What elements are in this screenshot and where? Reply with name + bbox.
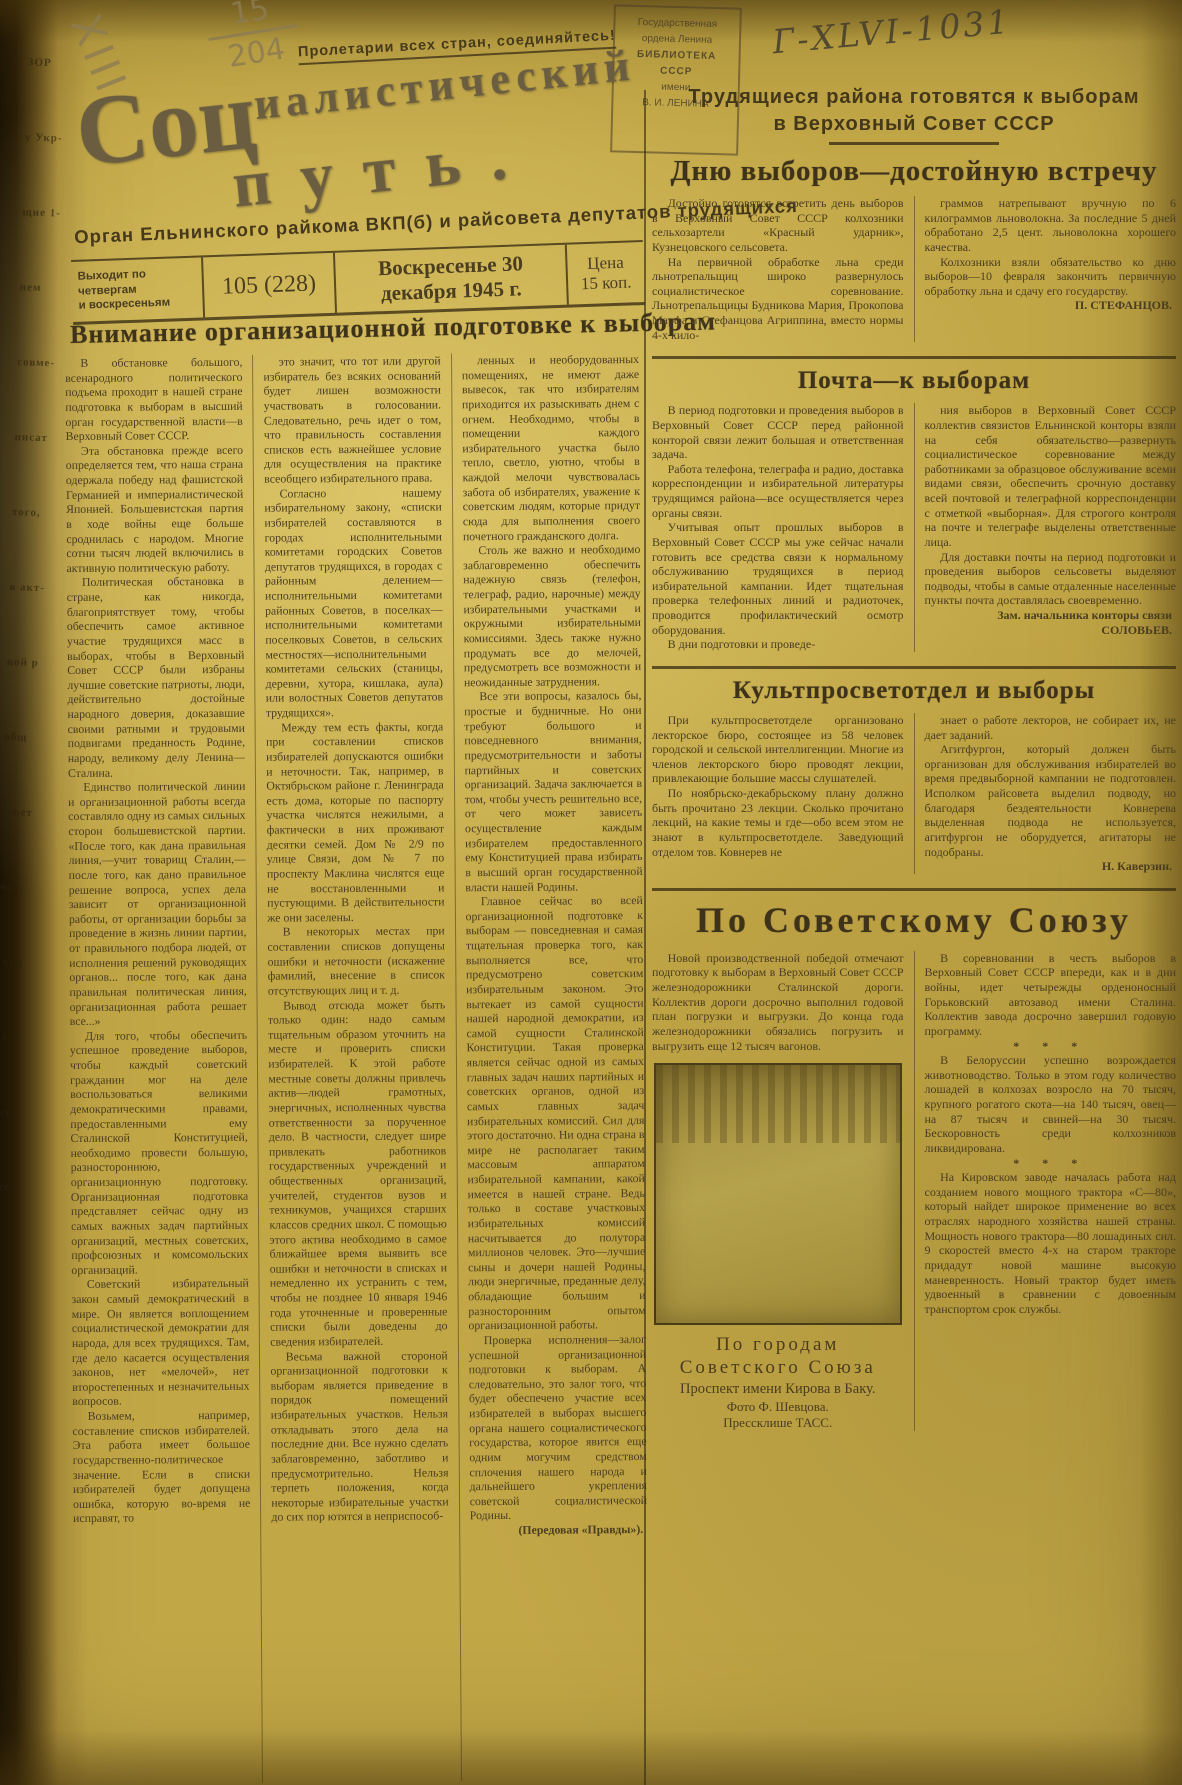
banner-underline: [829, 142, 999, 145]
price: Цена 15 коп.: [565, 242, 645, 305]
article-title: По Советскому Союзу: [652, 899, 1176, 941]
article-columns: При культпросветотделе организовано лект…: [652, 713, 1176, 874]
article-column-1: При культпросветотделе организовано лект…: [652, 713, 904, 874]
schedule-line: и воскресеньям: [78, 295, 196, 314]
photo-buildings-texture: [656, 1065, 900, 1143]
caption-line: Фото Ф. Шевцова.: [652, 1399, 904, 1415]
price-value: 15 коп.: [574, 272, 639, 295]
photo-baku: [654, 1063, 902, 1325]
lead-article: В обстановке большого, всенародного поли…: [65, 352, 649, 1784]
banner-line: в Верховный Совет СССР: [652, 111, 1176, 138]
section-banner: Трудящиеся района готовятся к выборам в …: [652, 84, 1176, 145]
article-po-soyuzu: По Советскому Союзу Новой производственн…: [652, 888, 1176, 1431]
banner-line: Трудящиеся района готовятся к выборам: [652, 84, 1176, 111]
article-title: Почта—к выборам: [652, 367, 1176, 395]
article-column-1: В период подготовки и проведения выборов…: [652, 403, 904, 652]
issue-number: 105 (228): [201, 253, 335, 318]
caption-line: Советского Союза: [652, 1356, 904, 1379]
catalog-number-handwritten: Г-XLVI-1031: [771, 2, 1013, 62]
caption-line: Прессклише ТАСС.: [652, 1415, 904, 1431]
article-column-2: знает о работе лекторов, не собирает их,…: [914, 713, 1177, 874]
lead-column-3: ленных и необорудованных помещениях, не …: [451, 352, 649, 1781]
caption-line: Проспект имени Кирова в Баку.: [652, 1381, 904, 1399]
article-columns: Достойно готовятся встретить день выборо…: [652, 196, 1176, 342]
article-column-2: граммов натрепывают вручную по 6 килогра…: [914, 196, 1177, 342]
article-kultprosvet: Культпросветотдел и выборы При культпрос…: [652, 666, 1176, 874]
article-pochta: Почта—к выборам В период подготовки и пр…: [652, 356, 1176, 652]
article-title: Культпросветотдел и выборы: [652, 677, 1176, 705]
lead-column-2: это значит, что тот или другой избирател…: [252, 353, 450, 1782]
article-title: Дню выборов—достойную встречу: [652, 155, 1176, 188]
article-column-1: Новой производственной победой отмечают …: [652, 951, 904, 1431]
caption-line: По городам: [652, 1333, 904, 1356]
price-label: Цена: [573, 252, 638, 275]
publication-schedule: Выходит по четвергам и воскресеньям: [71, 257, 203, 322]
article-column-1: Достойно готовятся встретить день выборо…: [652, 196, 904, 342]
article-columns: Новой производственной победой отмечают …: [652, 951, 1176, 1431]
lead-column-1: В обстановке большого, всенародного поли…: [65, 355, 252, 1784]
issue-date: Воскресенье 30 декабря 1945 г.: [333, 245, 567, 313]
right-page-section: Трудящиеся района готовятся к выборам в …: [652, 58, 1176, 1785]
book-binding-edge: ЗОРу Укр-щие 1-немсовме-писаттого,в акт-…: [0, 0, 66, 1785]
newspaper-page: ЗОРу Укр-щие 1-немсовме-писаттого,в акт-…: [0, 0, 1182, 1785]
article-den-vyborov: Дню выборов—достойную встречу Достойно г…: [652, 155, 1176, 342]
bleed-through-text: ЗОРу Укр-щие 1-немсовме-писаттого,в акт-…: [0, 57, 66, 1194]
page-column-divider: [644, 90, 646, 1785]
schedule-line: Выходит по четвергам: [77, 265, 196, 299]
photo-caption: По городам Советского Союза Проспект име…: [652, 1333, 904, 1431]
article-column-2: ния выборов в Верховный Совет СССР колле…: [914, 403, 1177, 652]
article-text: Новой производственной победой отмечают …: [652, 951, 904, 1053]
article-columns: В период подготовки и проведения выборов…: [652, 403, 1176, 652]
article-column-2: В соревновании в честь выборов в Верховн…: [914, 951, 1177, 1431]
